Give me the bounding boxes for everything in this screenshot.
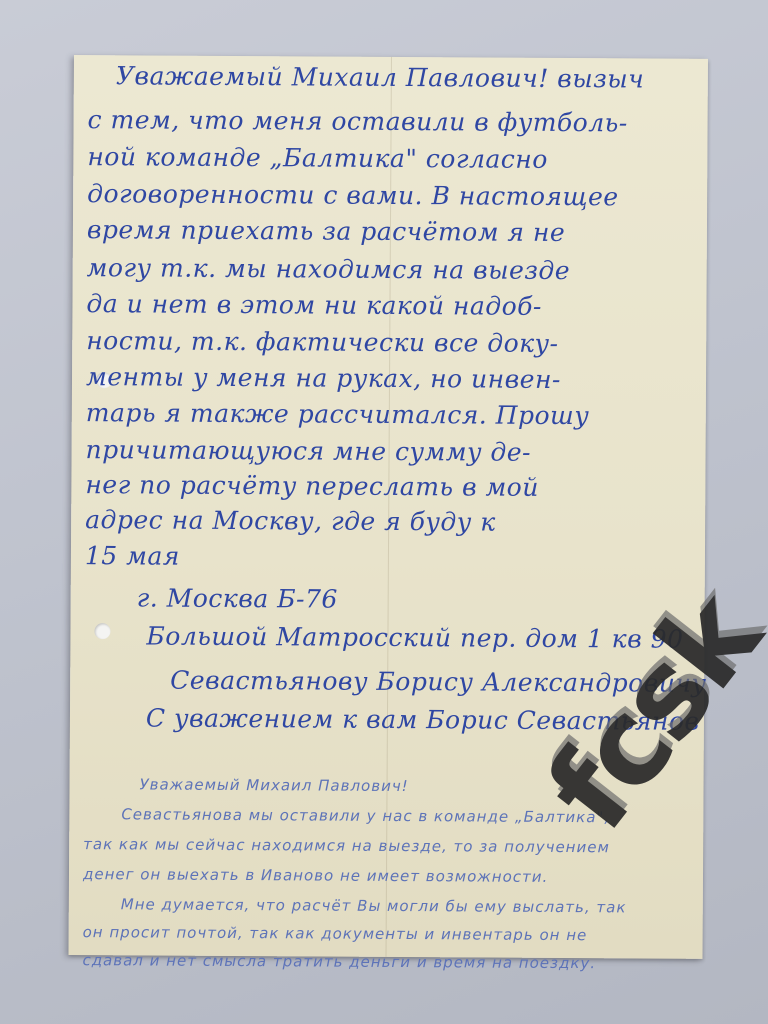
note-line: Мне думается, что расчёт Вы могли бы ему… (121, 895, 627, 916)
note-line: Севастьянова мы оставили у нас в команде… (121, 805, 610, 826)
note-line: так как мы сейчас находимся на выезде, т… (83, 835, 610, 856)
letter-line: причитающуюся мне сумму де- (86, 435, 532, 467)
letter-line: могу т.к. мы находимся на выезде (87, 253, 571, 285)
note-line: он просит почтой, так как документы и ин… (83, 923, 588, 944)
letter-line: да и нет в этом ни какой надоб- (86, 289, 542, 321)
note-line: денег он выехать в Иваново не имеет возм… (83, 865, 548, 886)
letter-line: нег по расчёту переслать в мой (85, 470, 539, 502)
letter-greeting: Уважаемый Михаил Павлович! вызыч (116, 61, 645, 93)
address-city: г. Москва Б-76 (137, 583, 338, 613)
letter-line: договоренности с вами. В настоящее (87, 179, 619, 211)
letter-line: адрес на Москву, где я буду к (85, 505, 496, 537)
note-line: сдавал и нет смысла тратить деньги и вре… (82, 951, 596, 972)
letter-line: 15 мая (85, 541, 180, 571)
letter-line: тарь я также рассчитался. Прошу (86, 398, 590, 430)
letter-line: ной команде „Балтика" согласно (87, 142, 548, 174)
letter-line: ности, т.к. фактически все доку- (86, 326, 558, 358)
letter-line: менты у меня на руках, но инвен- (86, 362, 561, 394)
letter-line: время приехать за расчётом я не (87, 215, 565, 247)
address-street: Большой Матросский пер. дом 1 кв 90 (146, 621, 683, 653)
punch-hole-bottom (94, 623, 110, 639)
note-greeting: Уважаемый Михаил Павлович! (139, 775, 408, 795)
letter-line: с тем, что меня оставили в футболь- (88, 105, 628, 137)
